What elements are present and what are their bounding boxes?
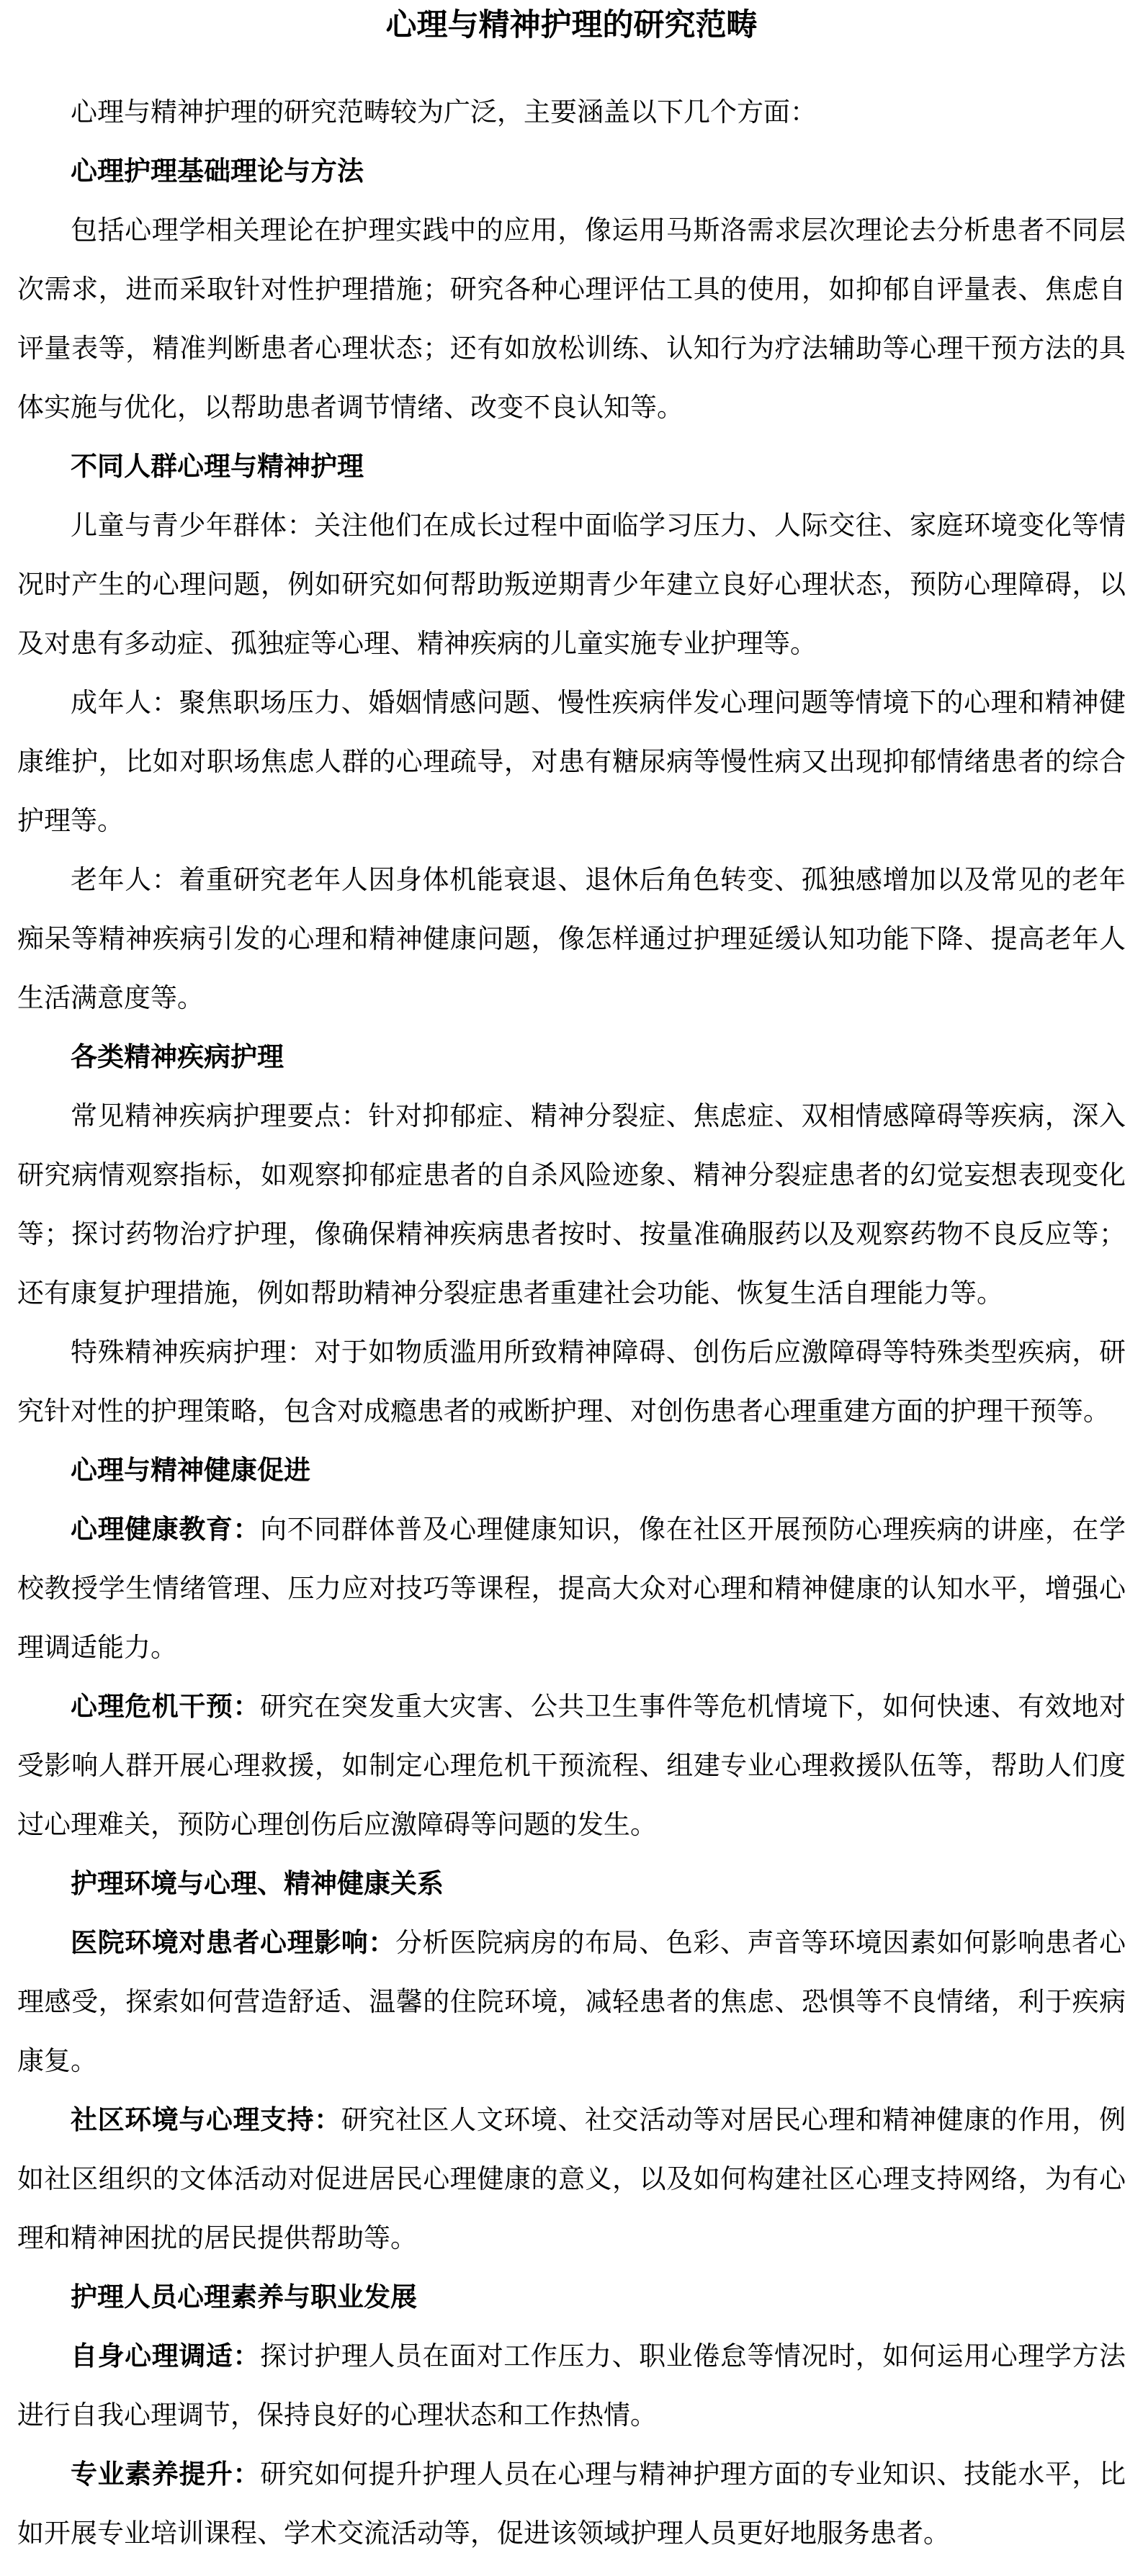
paragraph: 常见精神疾病护理要点：针对抑郁症、精神分裂症、焦虑症、双相情感障碍等疾病，深入研…: [17, 1087, 1126, 1324]
paragraph-lead: 医院环境对患者心理影响：: [71, 1929, 395, 1958]
paragraph: 社区环境与心理支持：研究社区人文环境、社交活动等对居民心理和精神健康的作用，例如…: [17, 2091, 1126, 2268]
document-page: 心理与精神护理的研究范畴 心理与精神护理的研究范畴较为广泛，主要涵盖以下几个方面…: [0, 0, 1143, 2576]
paragraph: 医院环境对患者心理影响：分析医院病房的布局、色彩、声音等环境因素如何影响患者心理…: [17, 1914, 1126, 2091]
paragraph-text: 常见精神疾病护理要点：针对抑郁症、精神分裂症、焦虑症、双相情感障碍等疾病，深入研…: [17, 1102, 1126, 1309]
paragraph-text: 老年人：着重研究老年人因身体机能衰退、退休后角色转变、孤独感增加以及常见的老年痴…: [17, 866, 1126, 1013]
intro-paragraph: 心理与精神护理的研究范畴较为广泛，主要涵盖以下几个方面：: [17, 84, 1126, 143]
paragraph-lead: 心理健康教育：: [71, 1515, 260, 1545]
paragraph-text: 特殊精神疾病护理：对于如物质滥用所致精神障碍、创伤后应激障碍等特殊类型疾病，研究…: [17, 1338, 1126, 1427]
paragraph: 专业素养提升：研究如何提升护理人员在心理与精神护理方面的专业知识、技能水平，比如…: [17, 2446, 1126, 2564]
paragraph: 成年人：聚焦职场压力、婚姻情感问题、慢性疾病伴发心理问题等情境下的心理和精神健康…: [17, 674, 1126, 851]
paragraph-text: 包括心理学相关理论在护理实践中的应用，像运用马斯洛需求层次理论去分析患者不同层次…: [17, 216, 1126, 423]
paragraph: 儿童与青少年群体：关注他们在成长过程中面临学习压力、人际交往、家庭环境变化等情况…: [17, 497, 1126, 674]
paragraph: 老年人：着重研究老年人因身体机能衰退、退休后角色转变、孤独感增加以及常见的老年痴…: [17, 851, 1126, 1028]
paragraph-lead: 心理危机干预：: [71, 1692, 260, 1722]
section-heading: 各类精神疾病护理: [17, 1028, 1126, 1087]
section-heading: 护理人员心理素养与职业发展: [17, 2268, 1126, 2328]
page-title: 心理与精神护理的研究范畴: [17, 4, 1126, 48]
paragraph-lead: 社区环境与心理支持：: [71, 2106, 341, 2135]
paragraph-lead: 专业素养提升：: [71, 2460, 260, 2490]
paragraph: 包括心理学相关理论在护理实践中的应用，像运用马斯洛需求层次理论去分析患者不同层次…: [17, 202, 1126, 438]
section-heading: 护理环境与心理、精神健康关系: [17, 1855, 1126, 1914]
paragraph: 心理健康教育：向不同群体普及心理健康知识，像在社区开展预防心理疾病的讲座，在学校…: [17, 1501, 1126, 1678]
paragraph-text: 儿童与青少年群体：关注他们在成长过程中面临学习压力、人际交往、家庭环境变化等情况…: [17, 511, 1126, 659]
section-heading: 不同人群心理与精神护理: [17, 438, 1126, 497]
paragraph-text: 成年人：聚焦职场压力、婚姻情感问题、慢性疾病伴发心理问题等情境下的心理和精神健康…: [17, 688, 1126, 836]
section-heading: 心理与精神健康促进: [17, 1442, 1126, 1501]
paragraph: 特殊精神疾病护理：对于如物质滥用所致精神障碍、创伤后应激障碍等特殊类型疾病，研究…: [17, 1324, 1126, 1442]
paragraph-lead: 自身心理调适：: [71, 2342, 260, 2371]
paragraph: 心理危机干预：研究在突发重大灾害、公共卫生事件等危机情境下，如何快速、有效地对受…: [17, 1678, 1126, 1855]
paragraph: 自身心理调适：探讨护理人员在面对工作压力、职业倦怠等情况时，如何运用心理学方法进…: [17, 2328, 1126, 2446]
section-heading: 心理护理基础理论与方法: [17, 143, 1126, 202]
